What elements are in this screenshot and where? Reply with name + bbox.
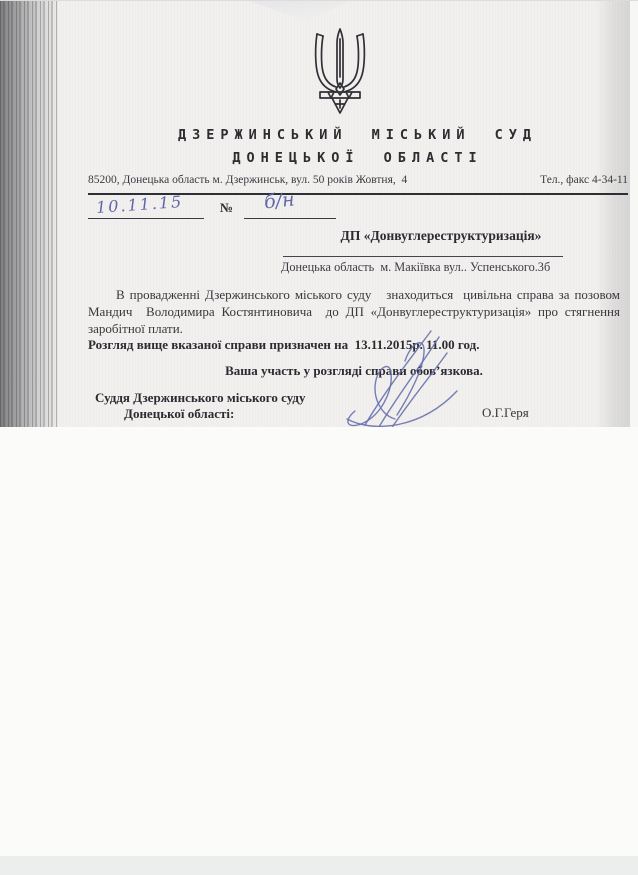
- letterhead-contact-row: 85200, Донецька область м. Дзержинськ, в…: [88, 174, 628, 186]
- addressee-name: ДП «Донвуглереструктуризація»: [283, 228, 599, 244]
- judge-name: О.Г.Геря: [482, 405, 529, 421]
- scanned-letter-view: ДЗЕРЖИНСЬКИЙ МІСЬКИЙ СУД ДОНЕЦЬКОЇ ОБЛАС…: [0, 0, 638, 875]
- letterhead-phone: Тел., факс 4-34-11: [540, 174, 628, 186]
- scan-bottom-edge: [0, 856, 638, 875]
- judge-title-line2: Донецької області:: [124, 406, 234, 422]
- hearing-date-line: Розгляд вище вказаної справи призначен н…: [88, 337, 620, 353]
- addressee-underline: [283, 256, 563, 257]
- court-name-line2: ДОНЕЦЬКОЇ ОБЛАСТІ: [90, 150, 625, 166]
- case-paragraph: В провадженні Дзержинського міського суд…: [88, 286, 620, 337]
- letterhead-address: 85200, Донецька область м. Дзержинськ, в…: [88, 174, 407, 186]
- number-underline: [244, 218, 336, 219]
- court-name-line1: ДЗЕРЖИНСЬКИЙ МІСЬКИЙ СУД: [90, 127, 625, 143]
- scan-right-margin: [630, 1, 638, 428]
- letter-page: ДЗЕРЖИНСЬКИЙ МІСЬКИЙ СУД ДОНЕЦЬКОЇ ОБЛАС…: [0, 0, 638, 428]
- ukraine-trident-emblem-icon: [306, 27, 374, 115]
- mandatory-attendance-line: Ваша участь у розгляді справи обов’язков…: [88, 363, 620, 379]
- addressee-address: Донецька область м. Макіївка вул.. Успен…: [281, 260, 603, 275]
- number-sign-label: №: [220, 200, 233, 216]
- judge-title-line1: Суддя Дзержинського міського суду: [95, 390, 306, 406]
- paper-fold-mark: [250, 1, 350, 21]
- date-underline: [88, 218, 204, 219]
- blank-scan-area: [0, 427, 638, 856]
- scan-left-edge-artifact: [0, 1, 58, 428]
- outgoing-number-handwritten: б/н: [263, 188, 296, 213]
- outgoing-date-handwritten: 10.11.15: [95, 192, 183, 217]
